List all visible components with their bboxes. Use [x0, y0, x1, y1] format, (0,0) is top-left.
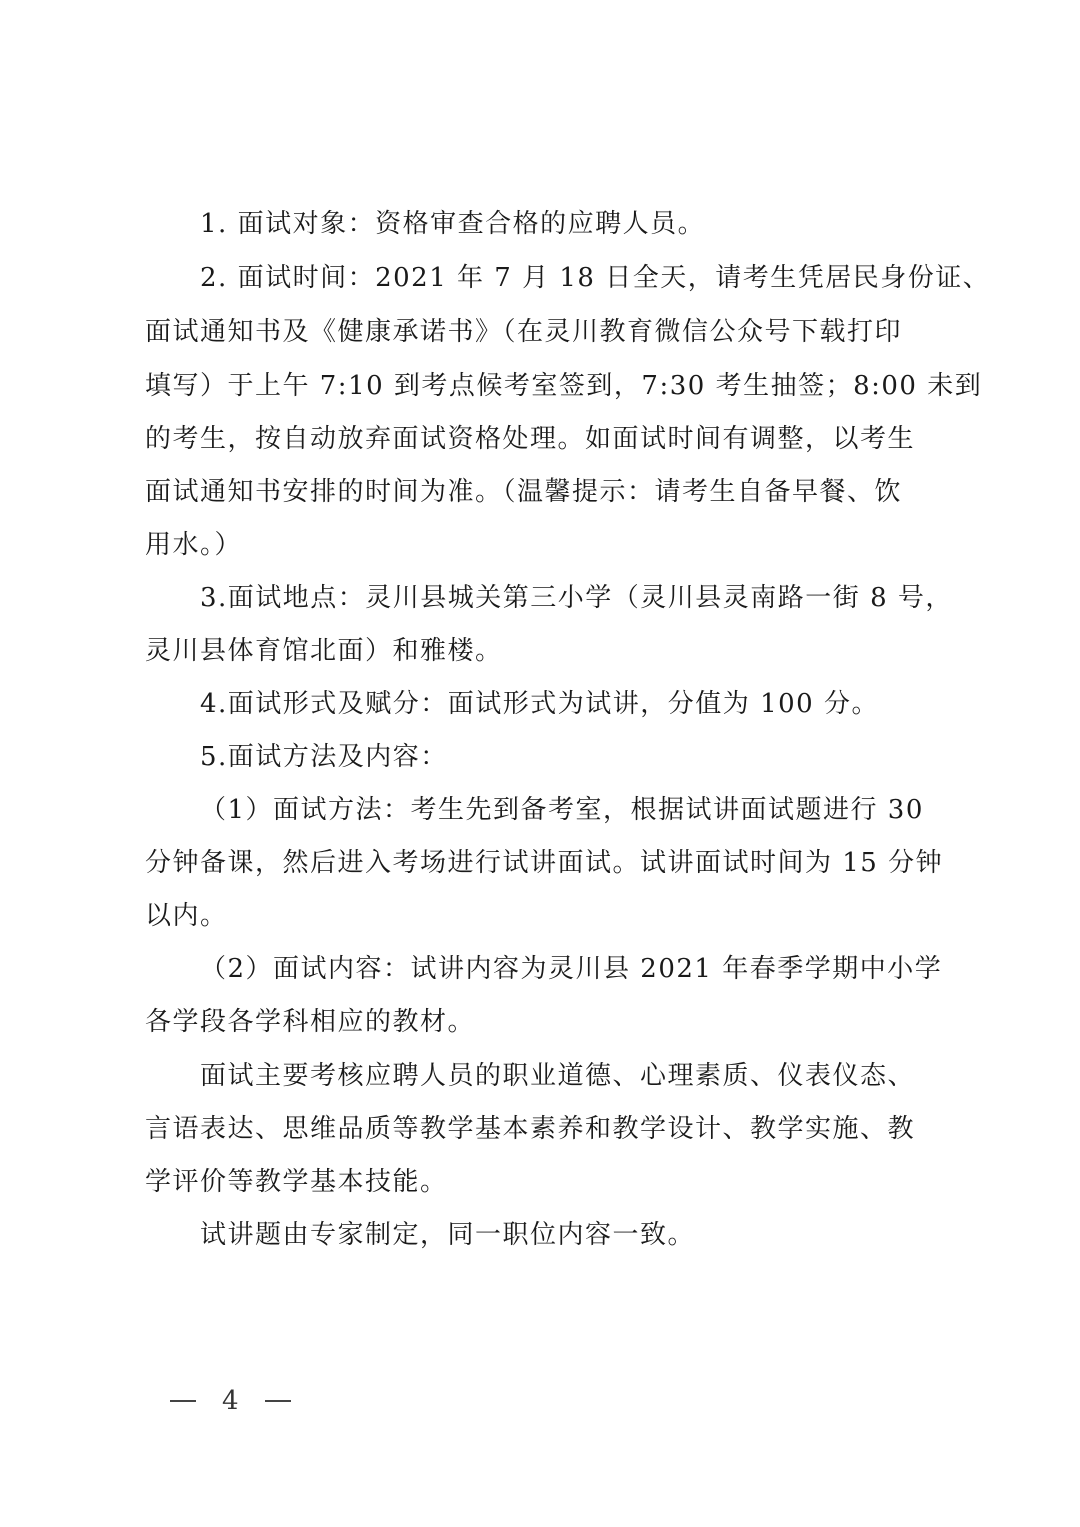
text-line: 以内。 — [145, 901, 228, 931]
sub-item-2-content: （2）面试内容：试讲内容为灵川县 2021 年春季学期中小学 — [200, 954, 942, 984]
dash-left — [170, 1400, 196, 1402]
item-4-format: 4.面试形式及赋分：面试形式为试讲，分值为 100 分。 — [200, 689, 879, 719]
item-5-method: 5.面试方法及内容： — [200, 742, 448, 772]
sub-item-1-method: （1）面试方法：考生先到备考室，根据试讲面试题进行 30 — [200, 795, 924, 825]
document-page: 1. 面试对象：资格审查合格的应聘人员。 2. 面试时间：2021 年 7 月 … — [0, 0, 1080, 1527]
text-line: 填写）于上午 7:10 到考点候考室签到，7:30 考生抽签；8:00 未到 — [145, 371, 982, 401]
item-3-location: 3.面试地点：灵川县城关第三小学（灵川县灵南路一街 8 号， — [200, 583, 953, 613]
text-line: 的考生，按自动放弃面试资格处理。如面试时间有调整，以考生 — [145, 424, 915, 454]
text-line: 面试通知书及《健康承诺书》（在灵川教育微信公众号下载打印 — [145, 317, 902, 347]
text-line: 言语表达、思维品质等教学基本素养和教学设计、教学实施、教 — [145, 1114, 915, 1144]
text-line: 学评价等教学基本技能。 — [145, 1167, 448, 1197]
closing-paragraph: 试讲题由专家制定，同一职位内容一致。 — [200, 1220, 695, 1250]
item-2-time: 2. 面试时间：2021 年 7 月 18 日全天，请考生凭居民身份证、 — [200, 263, 990, 293]
text-line: 用水。） — [145, 530, 242, 560]
dash-right — [265, 1400, 291, 1402]
item-1-target: 1. 面试对象：资格审查合格的应聘人员。 — [200, 209, 705, 239]
assessment-paragraph: 面试主要考核应聘人员的职业道德、心理素质、仪表仪态、 — [200, 1061, 915, 1091]
page-number: 4 — [222, 1386, 239, 1416]
text-line: 各学段各学科相应的教材。 — [145, 1007, 475, 1037]
text-line: 灵川县体育馆北面）和雅楼。 — [145, 636, 503, 666]
page-footer: 4 — [170, 1386, 291, 1416]
text-line: 面试通知书安排的时间为准。（温馨提示：请考生自备早餐、饮 — [145, 477, 902, 507]
text-line: 分钟备课，然后进入考场进行试讲面试。试讲面试时间为 15 分钟 — [145, 848, 943, 878]
